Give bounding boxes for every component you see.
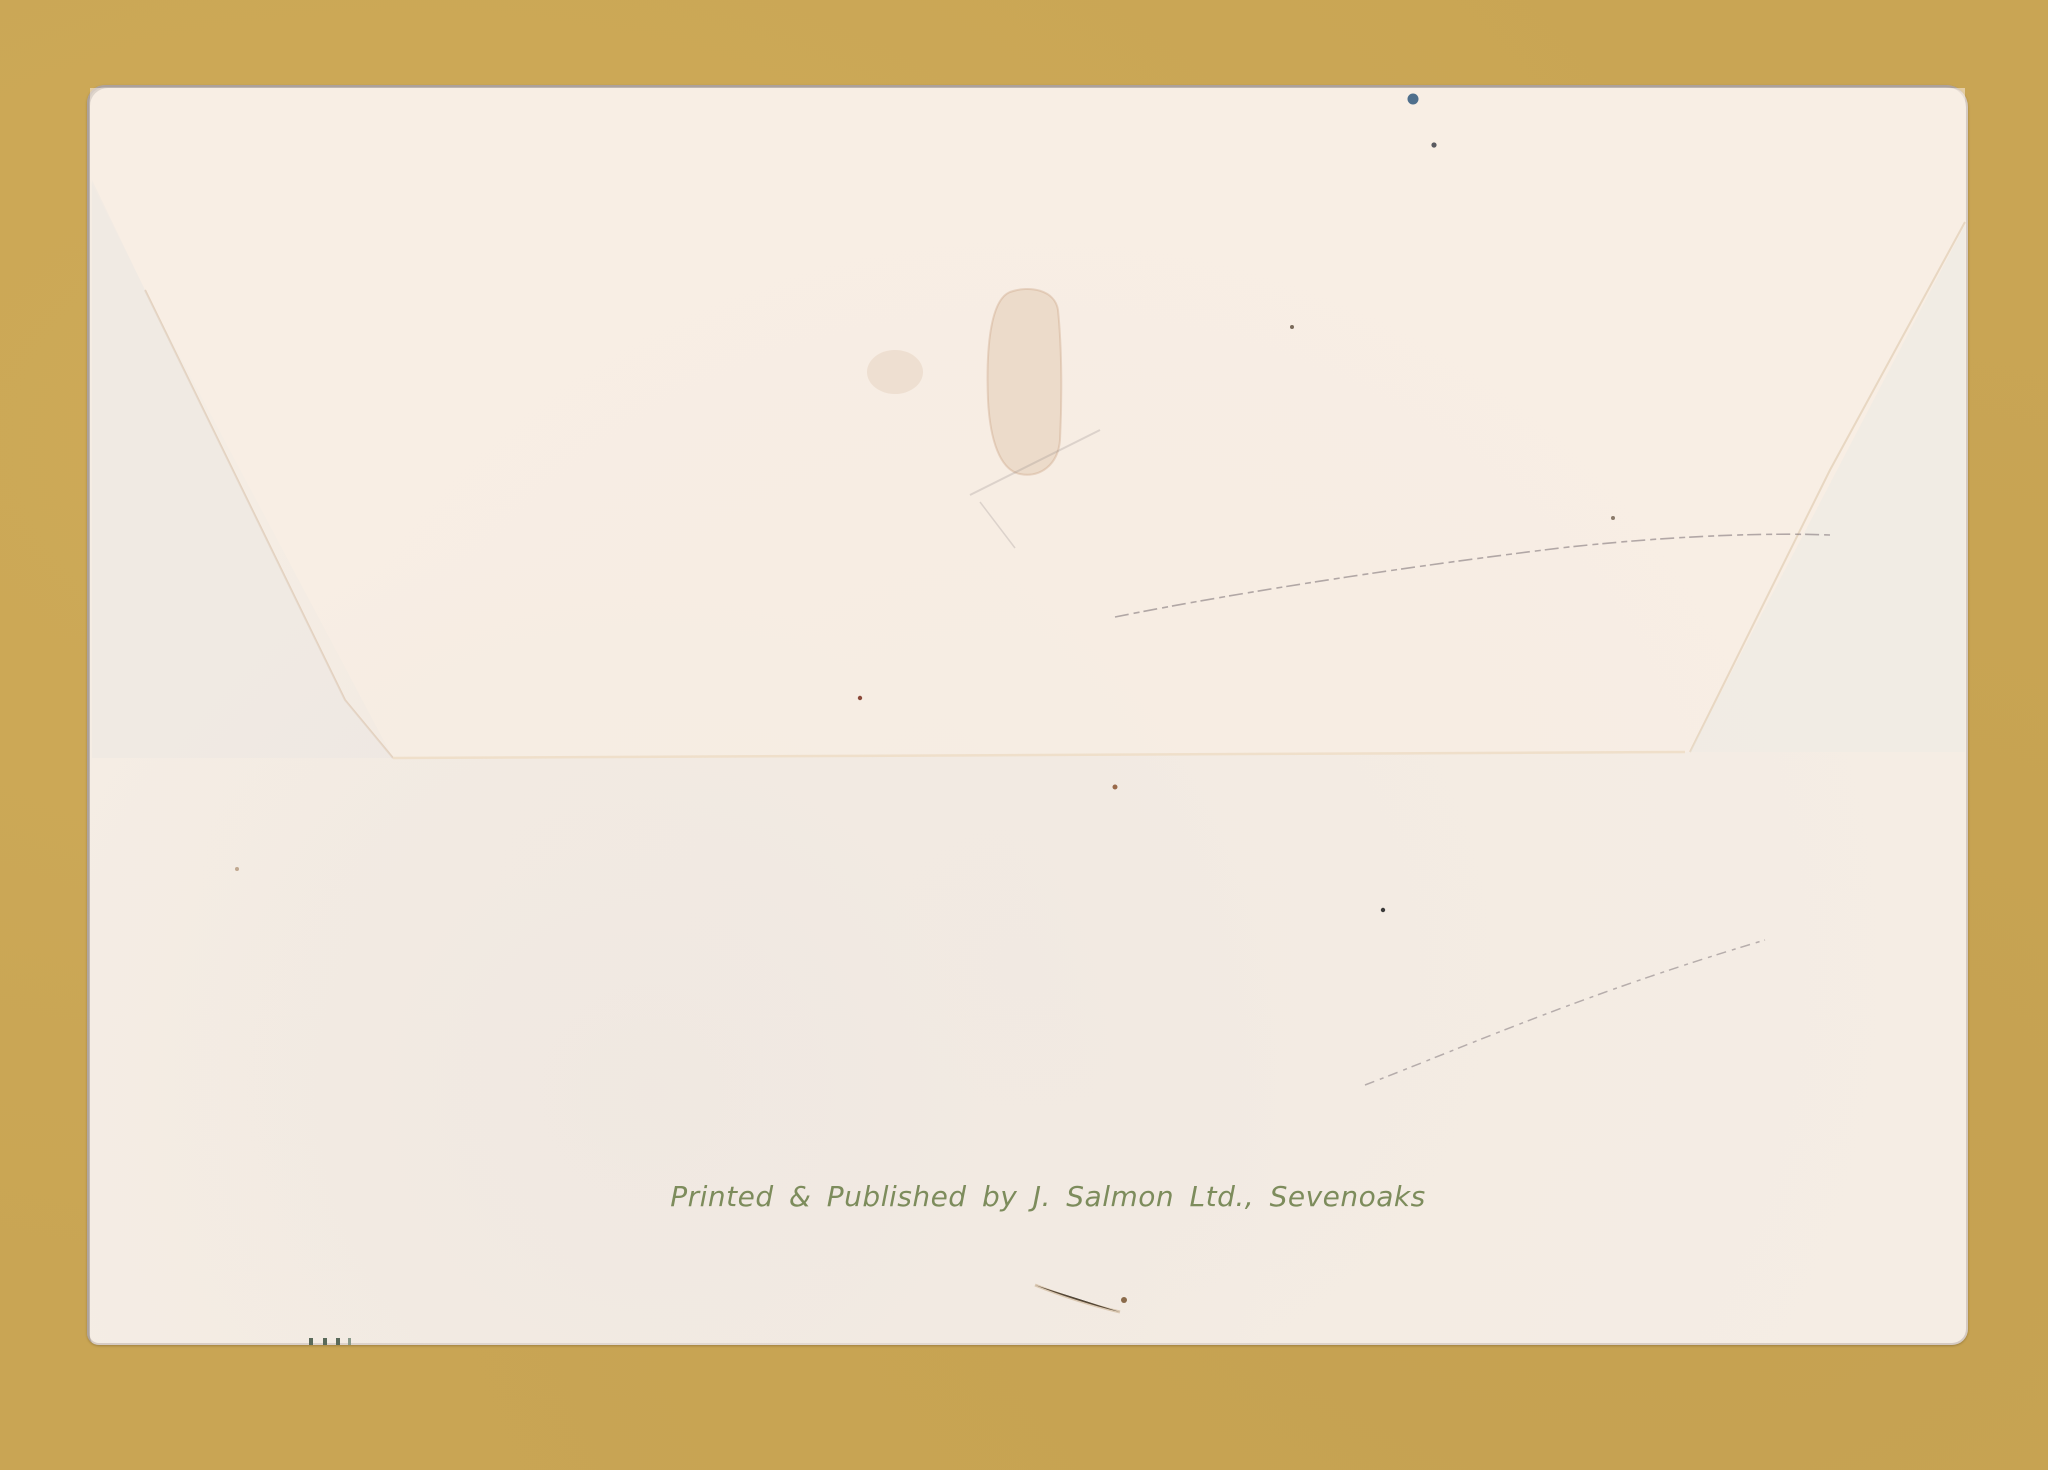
envelope-back bbox=[87, 85, 1968, 1345]
publisher-imprint: Printed & Published by J. Salmon Ltd., S… bbox=[0, 1180, 2048, 1213]
scene: Printed & Published by J. Salmon Ltd., S… bbox=[0, 0, 2048, 1470]
